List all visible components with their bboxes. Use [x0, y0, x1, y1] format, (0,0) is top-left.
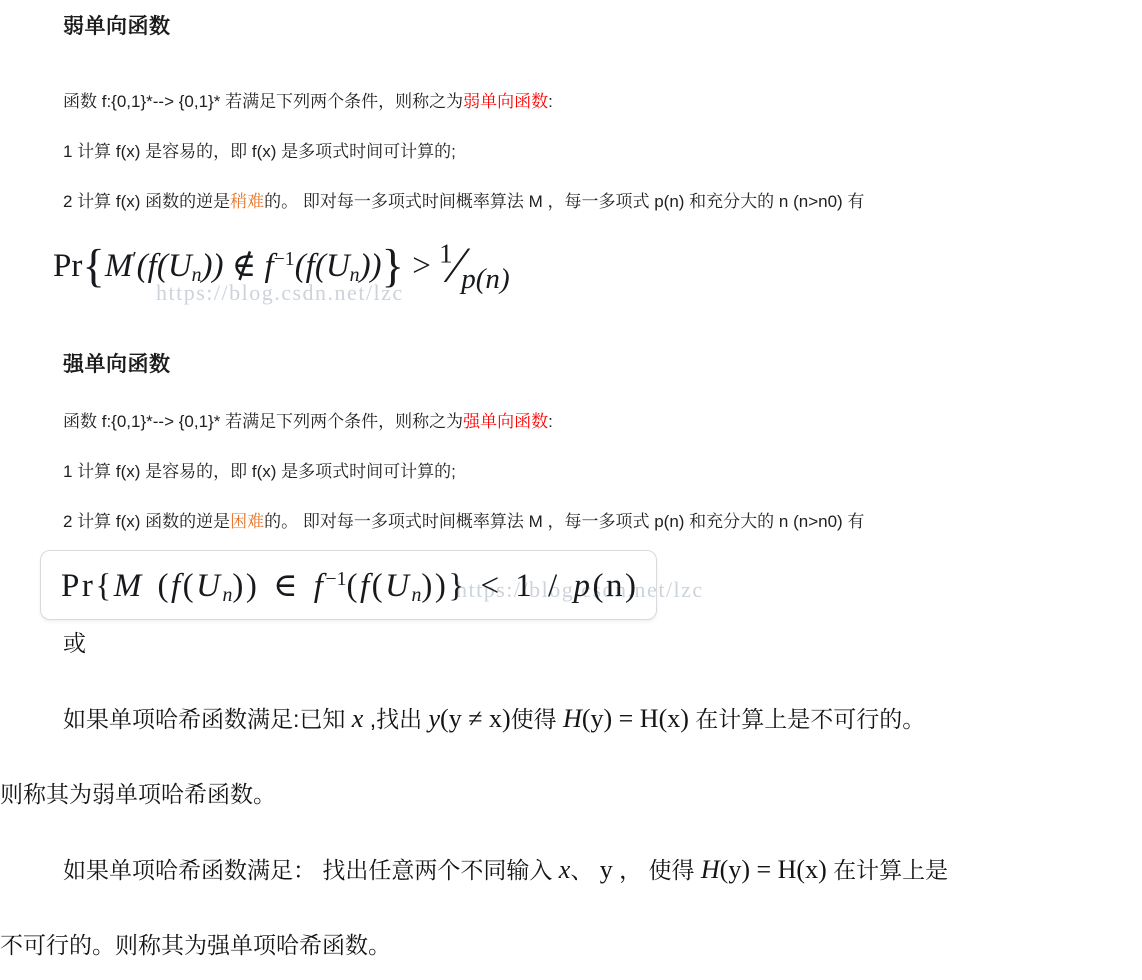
weak-condition-2: 2 计算 f(x) 函数的逆是稍难的。 即对每一多项式时间概率算法 M ，每一多… [63, 192, 1142, 212]
strong-condition-2: 2 计算 f(x) 函数的逆是困难的。 即对每一多项式时间概率算法 M ，每一多… [63, 512, 1142, 532]
weak-oneway-heading: 弱单向函数 [63, 14, 1142, 40]
weak-hash-line-1: 如果单项哈希函数满足:已知 x ,找出 y(y ≠ x)使得 H(y) = H(… [0, 681, 1142, 757]
weak-hash-line-2: 则称其为弱单项哈希函数。 [0, 757, 1142, 832]
strong-formula-image: https://blog.csdn.net/lzc Pr{M (f(Un)) ∈… [40, 550, 657, 620]
strong-definition-intro: 函数 f:{0,1}*--> {0,1}* 若满足下列两个条件，则称之为强单向函… [63, 412, 1142, 432]
weak-formula-text: Pr{M′(f(Un)) ∉ f−1(f(Un))} > 1∕p(n) [53, 248, 510, 284]
weak-condition-1: 1 计算 f(x) 是容易的，即 f(x) 是多项式时间可计算的; [63, 142, 1142, 162]
article-page: 弱单向函数 函数 f:{0,1}*--> {0,1}* 若满足下列两个条件，则称… [0, 0, 1142, 980]
blog-content: 弱单向函数 函数 f:{0,1}*--> {0,1}* 若满足下列两个条件，则称… [0, 0, 1142, 620]
strong-condition-1: 1 计算 f(x) 是容易的，即 f(x) 是多项式时间可计算的; [63, 462, 1142, 482]
strong-formula-text: Pr{M (f(Un)) ∈ f−1(f(Un))} < 1 / p(n) [61, 568, 638, 604]
strong-oneway-heading: 强单向函数 [63, 352, 1142, 378]
strong-hash-line-2: 不可行的。则称其为强单项哈希函数。 [0, 908, 1142, 980]
hash-notes-content: 或 如果单项哈希函数满足:已知 x ,找出 y(y ≠ x)使得 H(y) = … [0, 606, 1142, 980]
strong-hash-line-1: 如果单项哈希函数满足： 找出任意两个不同输入 x、 y ， 使得 H(y) = … [0, 832, 1142, 908]
weak-definition-intro: 函数 f:{0,1}*--> {0,1}* 若满足下列两个条件，则称之为弱单向函… [63, 92, 1142, 112]
weak-formula-image: https://blog.csdn.net/lzc Pr{M′(f(Un)) ∉… [53, 236, 1142, 314]
